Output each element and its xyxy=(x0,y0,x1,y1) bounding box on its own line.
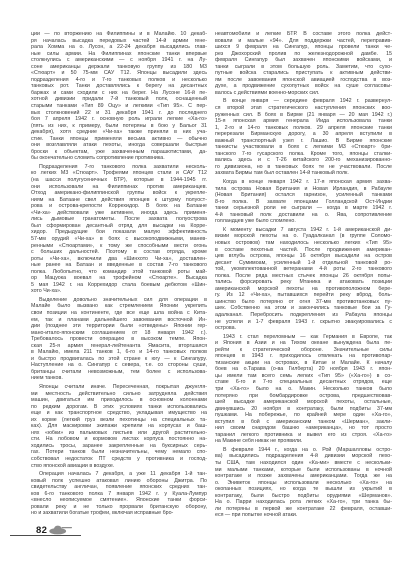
text-line: три «Ха-го» было на о. Макин. Несколько … xyxy=(215,386,392,393)
text-line: боев на о.Тарава (о-ва Гилберта) 20 нояб… xyxy=(215,366,392,373)
text-line: рова и острова-крепости Коррехидор. В бо… xyxy=(31,203,207,210)
text-line: рала Хомма на о. Лусон, а 22-24 декабря … xyxy=(31,44,207,51)
text-line: нил своим снарядом башню «американца», н… xyxy=(215,425,392,432)
text-line: перерезали Бирманскую дорогу, а 30 апрел… xyxy=(215,131,392,138)
text-line: гу. Из 12 «Чи-ха», пытавшихся перейти ре… xyxy=(215,292,392,299)
page-number: 82 xyxy=(36,526,47,535)
text-line: танкисты участвовали в боях с легкими М3… xyxy=(215,144,392,151)
paragraph: 1943 г. стал переломным — как Германия в… xyxy=(215,334,392,445)
text-line: ор Мацуока воевал на трофейном «Стюарте»… xyxy=(31,275,207,282)
text-line: шек. Собственно на этом и закончились та… xyxy=(215,305,392,312)
text-line: «Стюарт» и 50 75-мм САУ Т12. Японцы выса… xyxy=(31,70,207,77)
text-line: свидетельству англичан, появление японск… xyxy=(31,484,207,491)
paragraph: Операция началась 7 декабря, а уже 11 де… xyxy=(31,471,207,517)
text-line: валось с действиями военно-морских сил. xyxy=(215,90,392,97)
paragraph: Японцы считали иначе. Пересеченная, покр… xyxy=(31,384,207,469)
text-line: еся — при попытке ночной атаки. xyxy=(215,512,392,519)
text-line: лись дымовые гранатометы. После захвата … xyxy=(31,216,207,223)
text-line: Когда в конце января 1942 г. 17-я японск… xyxy=(215,179,392,186)
paragraph: Выделение довольно значительных сил для … xyxy=(31,297,207,382)
text-line: голландцев уже было сломлено. xyxy=(215,218,392,225)
paragraph: В конце января — середине февраля 1942 г… xyxy=(215,98,392,177)
paragraph: Подразделения 7-го танкового полка захва… xyxy=(31,164,207,295)
text-line: ках). Для маскировки экипажи крепили на … xyxy=(31,423,207,430)
text-line: той, укомплектованной ветеранами 4-й рот… xyxy=(215,266,392,273)
text-line: адалканал. Перебросить подкрепления из Р… xyxy=(215,312,392,319)
text-line: нием танков. xyxy=(31,375,207,382)
text-line: декабря), хотя средние «Чи-ха» также при… xyxy=(31,129,207,136)
tank-silhouette-icon xyxy=(48,524,73,535)
text-line: дии (позднее эти территории были «отведе… xyxy=(31,323,207,330)
text-line: вались здесь и с Т-26 китайского 200-го … xyxy=(215,157,392,164)
paragraph: В феврале 1944 г., когда на о. Рой (Марш… xyxy=(215,447,392,519)
text-line: они возглавляли атаки пехоты, иногда сов… xyxy=(31,142,207,149)
text-line: с больших дальностей. Поэтому в состав о… xyxy=(31,249,207,256)
text-line: ство японской авиации в воздухе. xyxy=(31,463,207,470)
text-line: путные войска старались приступать к акт… xyxy=(215,70,392,77)
paragraph: неавтомобили и легкие БТР. В составе это… xyxy=(215,31,392,96)
text-line: Малайе было вызвано как стремлением Япон… xyxy=(31,303,207,310)
text-line: визии морской пехоты на о. Гуадалканал (… xyxy=(215,233,392,240)
text-line: Японцы считали иначе. Пересеченная, покр… xyxy=(31,384,207,391)
text-line: Операция началась 7 декабря, а уже 11 де… xyxy=(31,471,207,478)
text-line: собствовал недостаток ПТ средств у проти… xyxy=(31,456,207,463)
text-line: шей высадке американской морской пехоты,… xyxy=(215,399,392,406)
text-line: но и захватили богатые трофеи, включая и… xyxy=(31,510,207,517)
text-line: не успели и 1-7 февраля 1943 г. скрытно … xyxy=(215,319,392,326)
text-line: новых островов) там находилось несколько… xyxy=(215,240,392,247)
text-line: хидор. Предыдущие бои показали малую эфф… xyxy=(31,229,207,236)
text-line: старыми танками «Тип 89 Оцу» и легкими «… xyxy=(31,103,207,110)
paragraph: К моменту высадки 7 августа 1942 г. 1-й … xyxy=(215,227,392,332)
text-line: (Новая Британия) остался гарнизон, усиле… xyxy=(215,192,392,199)
text-line: Требовалось провести операцию в высоком … xyxy=(31,336,207,343)
text-line: 57-мм орудий «Чи-ха» в боях с высокоподв… xyxy=(31,236,207,243)
paragraph: Когда в конце января 1942 г. 17-я японск… xyxy=(215,179,392,225)
text-line: пушками. На побережье, по крайней мере о… xyxy=(215,412,392,419)
text-line: бы окончательно сломить сопротивление пр… xyxy=(31,155,207,162)
text-column-left: ции — по вторжению на Филиппины и в Мала… xyxy=(31,31,207,517)
text-line: острова. xyxy=(215,325,392,332)
text-line: февраля Сингапур был захвачен японскими … xyxy=(215,57,392,64)
text-line: духе, а продвижение сухопутных войск на … xyxy=(215,83,392,90)
text-line: и Япония в Азии и на Тихом океане вынужд… xyxy=(215,340,392,347)
text-line: столкнулись с американскими — с ноября 1… xyxy=(31,57,207,64)
text-line: цев вглубь острова, японцы 16 октября вы… xyxy=(215,253,392,260)
text-line: захвата Бирмы там был оставлен 14-й танк… xyxy=(215,170,392,177)
text-line: Отход американо-филиппинской группы войс… xyxy=(31,190,207,197)
text-line: в Малайю, имела 211 танков 1, 6-го и 14-… xyxy=(31,349,207,356)
text-column-right: неавтомобили и легкие БТР. В составе это… xyxy=(215,31,392,519)
text-line: хото Чи-ха». xyxy=(31,288,207,295)
text-line: танковых рот. Танки доставлялись к берег… xyxy=(31,83,207,90)
text-line: (на шасси полугусеничных БТР), которые в… xyxy=(31,177,207,184)
text-line: Наступление на о. Сингапур с севера, т.е… xyxy=(31,362,207,369)
text-line: контратаке и позже захвачены американцам… xyxy=(215,473,392,480)
scanned-page: ции — по вторжению на Филиппины и в Мала… xyxy=(0,0,400,566)
text-line: тались форсировать реку Мтаника и атаков… xyxy=(215,279,392,286)
text-line: ции — по вторжению на Филиппины и в Мала… xyxy=(31,31,207,38)
text-line: шихся 9 февраля на Сингапур, японцы пров… xyxy=(215,44,392,51)
text-line: ты США, там находился один «Ка-ми» вмест… xyxy=(215,460,392,467)
text-line: На о. Парри находилась рота легких «Ха-г… xyxy=(215,499,392,506)
text-line: окопанных позициях, но когда те вышли из… xyxy=(215,486,392,493)
text-line: на Макине себя никак не проявили. xyxy=(215,438,392,445)
text-line: «внесло неописуемое смятение». Японские … xyxy=(31,497,207,504)
text-line: неавтомобили и легкие БТР. В составе это… xyxy=(215,31,392,38)
text-line: боя 7 апреля 1942 г. основную роль играл… xyxy=(31,116,207,123)
text-line: сти. На лобовом и кормовом листах корпус… xyxy=(31,436,207,443)
text-line: японцев в 1943 г. приходилось отвлекать … xyxy=(215,353,392,360)
text-line: ся второй этап стратегического наступлен… xyxy=(215,105,392,112)
text-line: танки серьезной роли не сыграли — когда … xyxy=(215,205,392,212)
text-line: еще и как транспортное средство, укладыв… xyxy=(31,410,207,417)
paragraph: ции — по вторжению на Филиппины и в Мала… xyxy=(31,31,207,162)
text-line: 15-я японская армия генерала Иида исполь… xyxy=(215,118,392,125)
text-line: машин, двигаться им приходилось в основн… xyxy=(31,397,207,404)
text-line: свои позиции на континенте, где все еще … xyxy=(31,310,207,317)
text-line: ные ранее на Батаан и введенные в состав… xyxy=(31,262,207,269)
